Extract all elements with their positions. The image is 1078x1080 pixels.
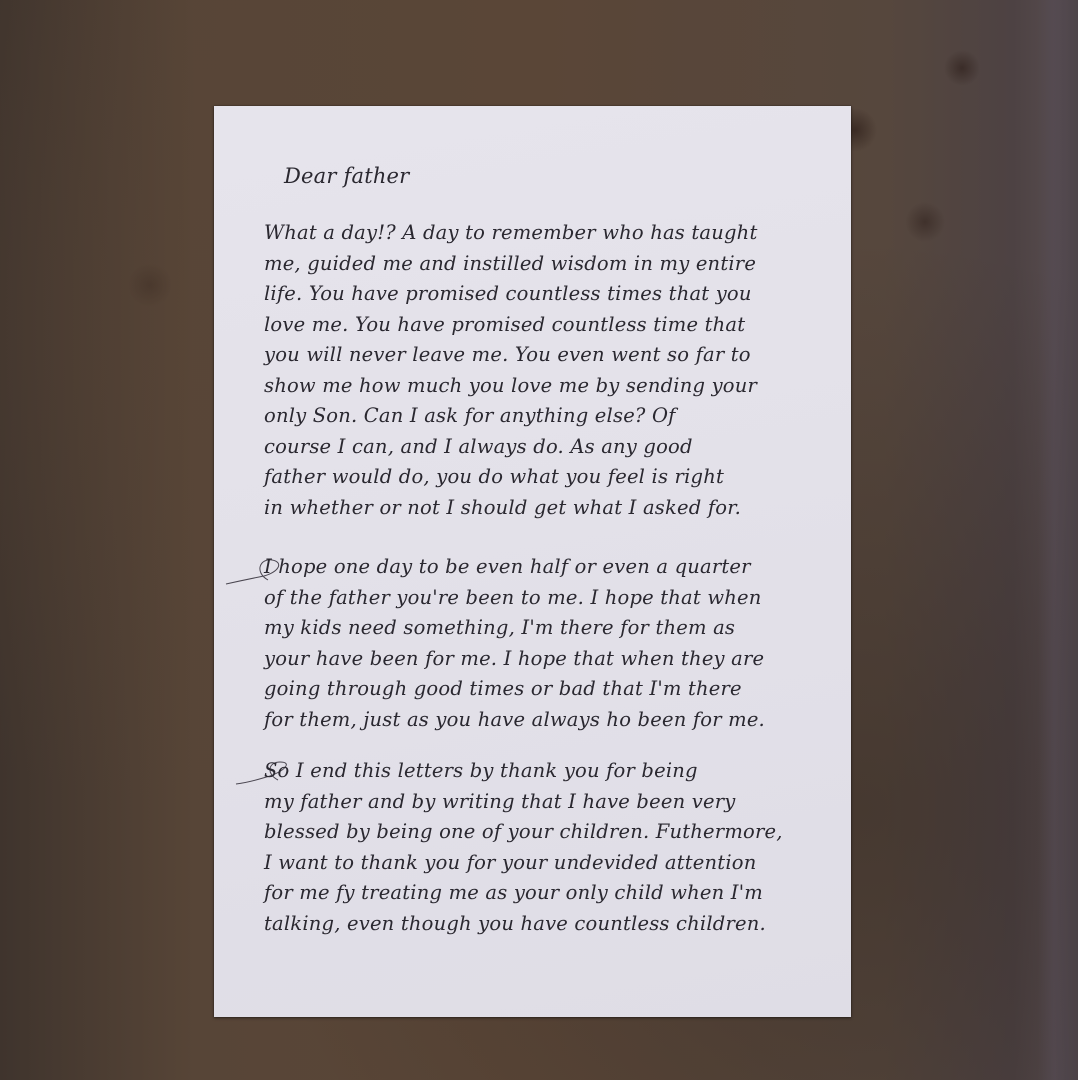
letter-salutation: Dear father bbox=[284, 164, 409, 188]
letter-line: going through good times or bad that I'm… bbox=[264, 674, 824, 705]
letter-paper: Dear father What a day!? A day to rememb… bbox=[214, 106, 851, 1017]
letter-line: talking, even though you have countless … bbox=[264, 909, 824, 940]
letter-line: of the father you're been to me. I hope … bbox=[264, 583, 824, 614]
letter-line: blessed by being one of your children. F… bbox=[264, 817, 824, 848]
letter-line: for them, just as you have always ho bee… bbox=[264, 705, 824, 736]
letter-paragraph-2: I hope one day to be even half or even a… bbox=[264, 552, 824, 735]
letter-line: show me how much you love me by sending … bbox=[264, 371, 824, 402]
letter-line: course I can, and I always do. As any go… bbox=[264, 432, 824, 463]
letter-line: love me. You have promised countless tim… bbox=[264, 310, 824, 341]
letter-line: my kids need something, I'm there for th… bbox=[264, 613, 824, 644]
wooden-surface-edge bbox=[1038, 0, 1078, 1080]
letter-line: in whether or not I should get what I as… bbox=[264, 493, 824, 524]
letter-line: your have been for me. I hope that when … bbox=[264, 644, 824, 675]
letter-paragraph-3: So I end this letters by thank you for b… bbox=[264, 756, 824, 939]
letter-line: life. You have promised countless times … bbox=[264, 279, 824, 310]
letter-line: you will never leave me. You even went s… bbox=[264, 340, 824, 371]
letter-line: me, guided me and instilled wisdom in my… bbox=[264, 249, 824, 280]
letter-line: for me fy treating me as your only child… bbox=[264, 878, 824, 909]
letter-line: only Son. Can I ask for anything else? O… bbox=[264, 401, 824, 432]
letter-line: I want to thank you for your undevided a… bbox=[264, 848, 824, 879]
letter-line: father would do, you do what you feel is… bbox=[264, 462, 824, 493]
letter-line: I hope one day to be even half or even a… bbox=[264, 552, 824, 583]
letter-paragraph-1: What a day!? A day to remember who has t… bbox=[264, 218, 824, 523]
letter-line: my father and by writing that I have bee… bbox=[264, 787, 824, 818]
letter-line: What a day!? A day to remember who has t… bbox=[264, 218, 824, 249]
letter-line: So I end this letters by thank you for b… bbox=[264, 756, 824, 787]
